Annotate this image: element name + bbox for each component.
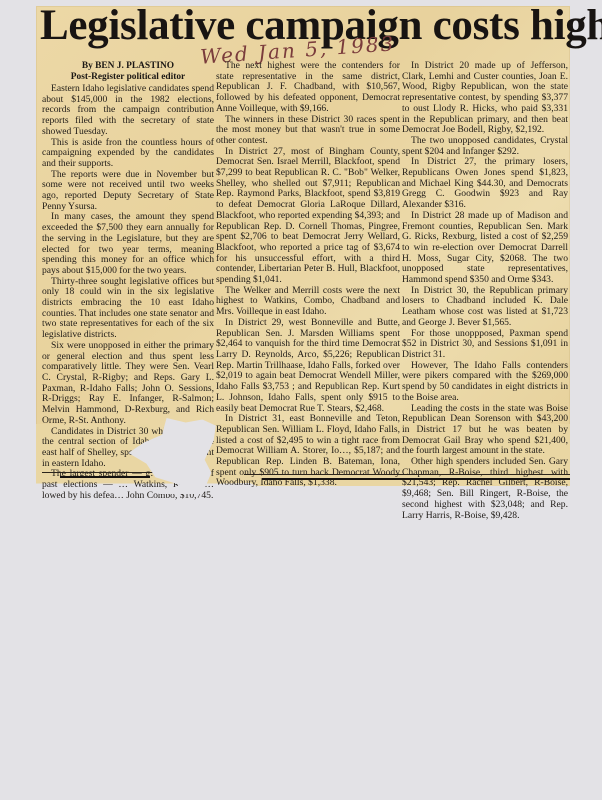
paragraph: The two unopposed candidates, Crystal sp… xyxy=(402,136,568,157)
byline-author: By BEN J. PLASTINO xyxy=(44,61,212,72)
paragraph: The winners in these District 30 races s… xyxy=(216,115,400,147)
paragraph: The Welker and Merrill costs were the ne… xyxy=(216,286,400,318)
paragraph: Eastern Idaho legislative candidates spe… xyxy=(42,84,214,138)
bottom-rule-thick xyxy=(262,478,570,480)
paragraph: In District 27, most of Bingham County, … xyxy=(216,147,400,286)
paragraph: The reports were due in November but som… xyxy=(42,170,214,213)
paragraph: In District 29, west Bonneville and Butt… xyxy=(216,318,400,414)
paragraph: Leading the costs in the state was Boise… xyxy=(402,404,568,458)
paragraph: In District 28 made up of Madison and Fr… xyxy=(402,211,568,286)
paragraph: This is aside fron the countless hours o… xyxy=(42,138,214,170)
paragraph: Thirty-three sought legislative offices … xyxy=(42,277,214,341)
bottom-rule-thick xyxy=(60,476,150,478)
paragraph: Six were unopposed in either the primary… xyxy=(42,341,214,427)
paragraph: In District 27, the primary losers, Repu… xyxy=(402,157,568,211)
bottom-rule xyxy=(244,474,570,475)
paragraph: In District 30, the Republican primary l… xyxy=(402,286,568,329)
paragraph: In many cases, the amount they spend exc… xyxy=(42,212,214,276)
article-column-3: In District 20 made up of Jefferson, Cla… xyxy=(402,61,568,521)
byline: By BEN J. PLASTINO Post-Register politic… xyxy=(44,61,212,83)
paragraph: However, The Idaho Falls contenders were… xyxy=(402,361,568,404)
paragraph: Other high spenders included Sen. Gary C… xyxy=(402,457,568,521)
paragraph: The next highest were the contenders for… xyxy=(216,61,400,115)
paragraph: For those unoppposed, Paxman spend $52 i… xyxy=(402,329,568,361)
article-column-2: The next highest were the contenders for… xyxy=(216,61,400,489)
byline-title: Post-Register political editor xyxy=(44,72,212,83)
paragraph: In District 20 made up of Jefferson, Cla… xyxy=(402,61,568,136)
bottom-rule xyxy=(42,472,162,473)
